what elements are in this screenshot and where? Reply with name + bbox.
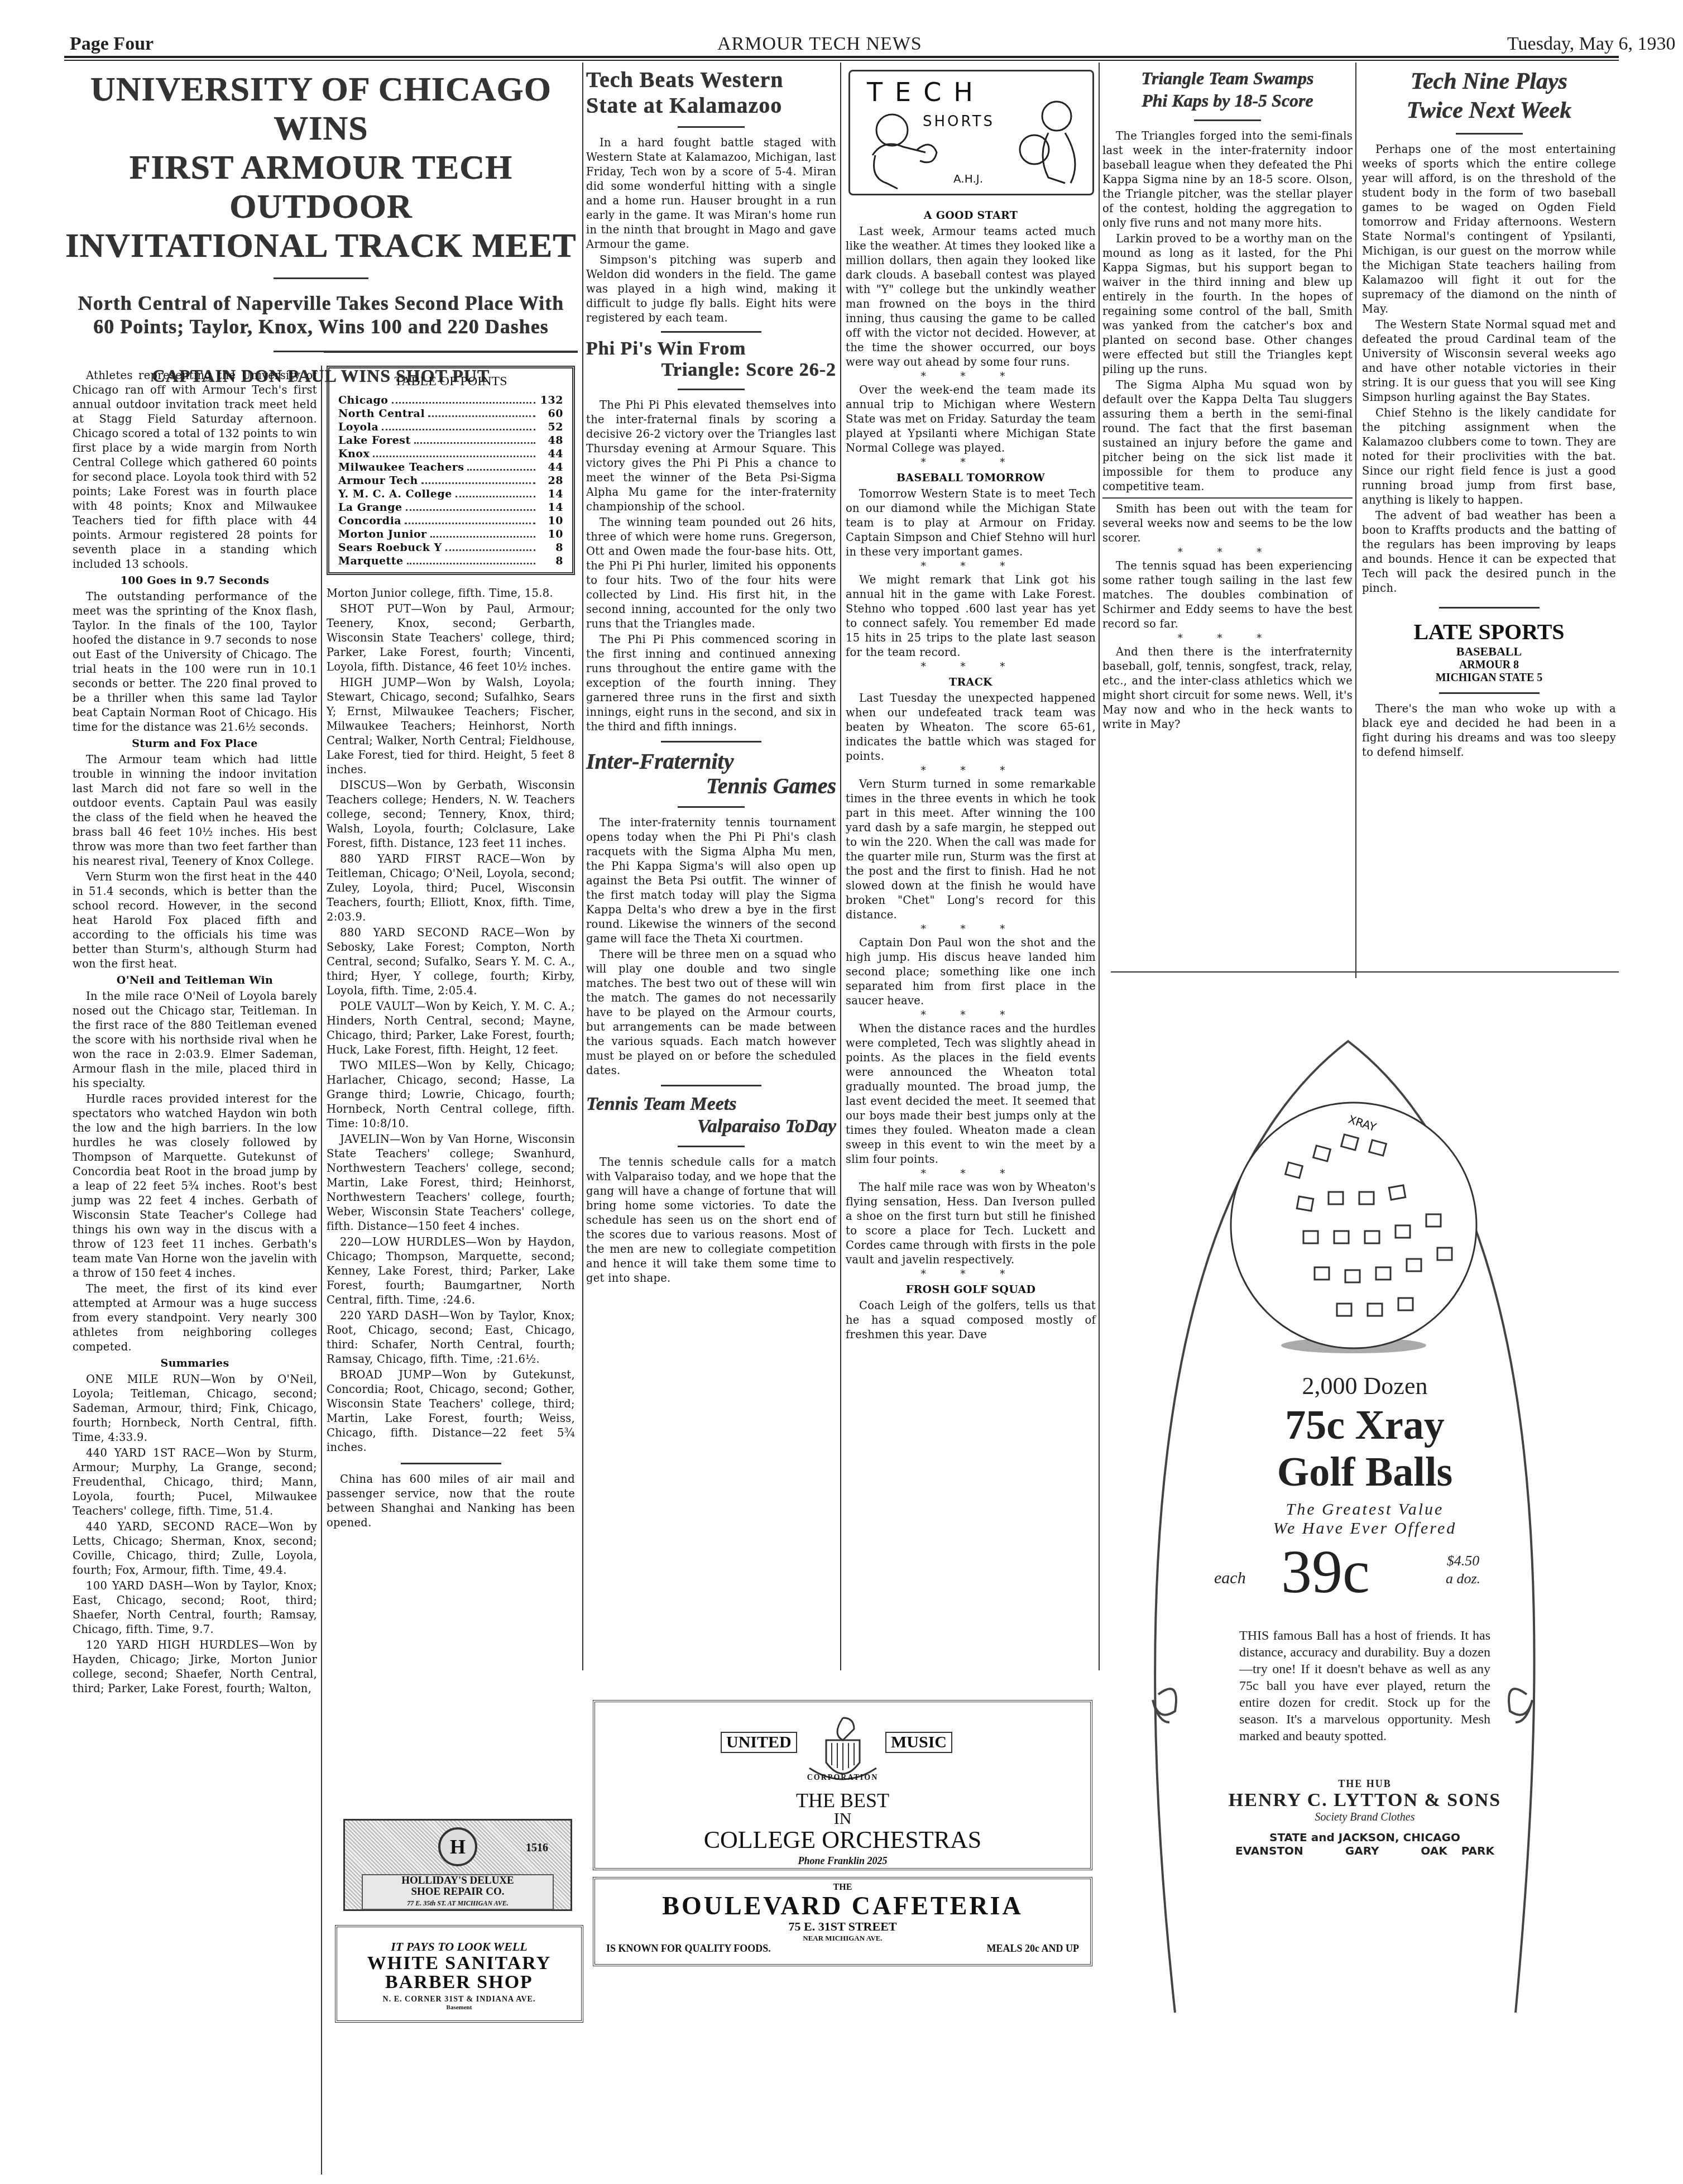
points-row: Milwaukee Teachers44 — [338, 461, 563, 474]
ad-product: Golf Balls — [1114, 1449, 1616, 1496]
ad-slogan: IS KNOWN FOR QUALITY FOODS. — [606, 1943, 771, 1955]
paragraph: Larkin proved to be a worthy man on the … — [1102, 232, 1353, 377]
summary: HIGH JUMP—Won by Walsh, Loyola; Stewart,… — [327, 676, 575, 777]
separator: * * * — [1102, 633, 1353, 645]
ad-line: HOLLIDAY'S DELUXE — [363, 1875, 553, 1886]
column-divider — [321, 366, 322, 2175]
summary: 120 YARD HIGH HURDLES—Won by Hayden, Chi… — [73, 1638, 317, 1696]
ad-dozen-unit: a doz. — [1446, 1570, 1480, 1588]
separator: * * * — [846, 371, 1096, 383]
boulevard-cafeteria-ad: THE BOULEVARD CAFETERIA 75 E. 31ST STREE… — [593, 1877, 1092, 1966]
paragraph: Vern Sturm turned in some remarkable tim… — [846, 777, 1096, 922]
ad-quantity: 2,000 Dozen — [1114, 1371, 1616, 1402]
ad-title: IN — [595, 1811, 1090, 1827]
paragraph: In the mile race O'Neil of Loyola barely… — [73, 989, 317, 1091]
team-name: Lake Forest — [338, 434, 411, 447]
separator: * * * — [846, 1168, 1096, 1180]
store-address: STATE and JACKSON, CHICAGO — [1114, 1831, 1616, 1844]
ad-dozen-amount: $4.50 — [1446, 1552, 1480, 1570]
subhead: TRACK — [846, 675, 1096, 689]
headline-line: Tennis Games — [586, 774, 836, 798]
leader-dots — [392, 394, 536, 404]
headline-line: Phi Pi's Win From — [586, 338, 836, 360]
united-music-ad: UNITED MUSIC CORPORATION THE BEST IN COL… — [593, 1700, 1092, 1870]
ad-line: SHOE REPAIR CO. — [363, 1886, 553, 1898]
ad-title: BOULEVARD CAFETERIA — [595, 1893, 1090, 1919]
points-row: Chicago132 — [338, 394, 563, 407]
lead-story-column: Athletes representing the University of … — [73, 368, 317, 1697]
team-points: 44 — [539, 461, 563, 474]
team-name: Armour Tech — [338, 474, 418, 487]
ad-title: THE BEST — [595, 1790, 1090, 1811]
summary: JAVELIN—Won by Van Horne, Wisconsin Stat… — [327, 1132, 575, 1234]
team-name: Loyola — [338, 420, 378, 434]
headline-line: Tennis Team Meets — [586, 1093, 836, 1115]
paragraph: Tomorrow Western State is to meet Tech o… — [846, 487, 1096, 559]
paragraph: Last week, Armour teams acted much like … — [846, 224, 1096, 370]
paragraph: The Phi Pi Phis elevated themselves into… — [586, 398, 836, 514]
late-sports-score: MICHIGAN STATE 5 — [1362, 672, 1616, 684]
points-row: Morton Junior10 — [338, 528, 563, 541]
subhead: A GOOD START — [846, 208, 1096, 223]
team-points: 8 — [539, 541, 563, 554]
team-name: Concordia — [338, 514, 401, 528]
paragraph: There's the man who woke up with a black… — [1362, 702, 1616, 760]
team-name: Sears Roebuck Y — [338, 541, 442, 554]
summary: ONE MILE RUN—Won by O'Neil, Loyola; Teit… — [73, 1372, 317, 1445]
store-branches: EVANSTON GARY OAK PARK — [1114, 1844, 1616, 1857]
paragraph: Last Tuesday the unexpected happened whe… — [846, 691, 1096, 764]
late-sports-box: LATE SPORTS BASEBALL ARMOUR 8 MICHIGAN S… — [1362, 620, 1616, 684]
points-row: Marquette8 — [338, 554, 563, 568]
ad-product: 75c Xray — [1114, 1402, 1616, 1449]
triangle-story: Triangle Team Swamps Phi Kaps by 18-5 Sc… — [1102, 67, 1353, 733]
headline-line: Phi Kaps by 18-5 Score — [1102, 89, 1353, 112]
ad-price-note: MEALS 20c AND UP — [987, 1943, 1080, 1955]
summary: POLE VAULT—Won by Keich, Y. M. C. A.; Hi… — [327, 999, 575, 1057]
ad-tagline: The Greatest Value — [1114, 1500, 1616, 1519]
team-name: Chicago — [338, 394, 389, 407]
ad-body: THIS famous Ball has a host of friends. … — [1239, 1627, 1490, 1745]
paragraph: The advent of bad weather has been a boo… — [1362, 509, 1616, 596]
ad-near: NEAR MICHIGAN AVE. — [595, 1934, 1090, 1943]
tech-nine-story: Tech Nine Plays Twice Next Week Perhaps … — [1362, 67, 1616, 761]
table-of-points: TABLE OF POINTS Chicago132North Central6… — [327, 366, 575, 575]
leader-dots — [407, 554, 535, 564]
headline-line: FIRST ARMOUR TECH OUTDOOR — [64, 148, 578, 226]
points-row: Loyola52 — [338, 420, 563, 434]
section-rule — [1111, 971, 1619, 973]
separator: * * * — [846, 923, 1096, 936]
late-sports-sport: BASEBALL — [1362, 644, 1616, 659]
column-divider — [582, 63, 583, 1670]
points-row: La Grange14 — [338, 501, 563, 514]
team-name: Morton Junior — [338, 528, 427, 541]
points-row: North Central60 — [338, 407, 563, 420]
summaries-column: Morton Junior college, fifth. Time, 15.8… — [327, 586, 575, 1531]
paragraph: The tennis squad has been experiencing s… — [1102, 559, 1353, 631]
leader-dots — [382, 420, 535, 430]
paragraph: The Triangles forged into the semi-final… — [1102, 129, 1353, 231]
summary: SHOT PUT—Won by Paul, Armour; Teenery, K… — [327, 602, 575, 674]
summary: 440 YARD 1ST RACE—Won by Sturm, Armour; … — [73, 1446, 317, 1519]
story-headline: Tennis Team Meets Valparaiso ToDay — [586, 1093, 836, 1138]
paragraph: Hurdle races provided interest for the s… — [73, 1092, 317, 1281]
paragraph: Athletes representing the University of … — [73, 368, 317, 572]
team-points: 14 — [539, 487, 563, 501]
store-subtitle: Society Brand Clothes — [1114, 1811, 1616, 1824]
separator: * * * — [846, 561, 1096, 573]
table-title: TABLE OF POINTS — [338, 374, 563, 389]
team-points: 14 — [539, 501, 563, 514]
paragraph: The Phi Pi Phis commenced scoring in the… — [586, 633, 836, 734]
summary: 880 YARD SECOND RACE—Won by Sebosky, Lak… — [327, 926, 575, 998]
summary: BROAD JUMP—Won by Gutekunst, Concordia; … — [327, 1368, 575, 1455]
team-points: 10 — [539, 514, 563, 528]
story-headline: Tech Beats Western State at Kalamazoo — [586, 67, 836, 118]
story-headline: Tech Nine Plays Twice Next Week — [1362, 67, 1616, 125]
paragraph: The Armour team which had little trouble… — [73, 753, 317, 869]
team-name: North Central — [338, 407, 425, 420]
logo-h-icon: H — [438, 1827, 477, 1866]
paragraph: Captain Don Paul won the shot and the hi… — [846, 936, 1096, 1008]
ad-address: N. E. CORNER 31ST & INDIANA AVE. — [337, 1995, 581, 2004]
logo-text: MUSIC — [885, 1732, 952, 1753]
holliday-shoe-repair-ad: H 1516 HOLLIDAY'S DELUXE SHOE REPAIR CO.… — [343, 1819, 572, 1911]
leader-dots — [373, 447, 535, 457]
paragraph: The winning team pounded out 26 hits, th… — [586, 515, 836, 631]
paragraph: Chief Stehno is the likely candidate for… — [1362, 406, 1616, 507]
leader-dots — [467, 461, 535, 471]
summary: 220—LOW HURDLES—Won by Haydon, Chicago; … — [327, 1235, 575, 1307]
team-points: 132 — [539, 394, 563, 407]
filler-item: China has 600 miles of air mail and pass… — [327, 1472, 575, 1530]
summary: 440 YARD, SECOND RACE—Won by Letts, Chic… — [73, 1520, 317, 1578]
ad-phone: Phone Franklin 2025 — [595, 1855, 1090, 1867]
headline-line: Twice Next Week — [1362, 96, 1616, 125]
team-points: 60 — [539, 407, 563, 420]
leader-dots — [455, 487, 535, 497]
paragraph: In a hard fought battle staged with West… — [586, 136, 836, 252]
story-headline: Inter-Fraternity Tennis Games — [586, 749, 836, 798]
points-row: Sears Roebuck Y8 — [338, 541, 563, 554]
team-name: Y. M. C. A. College — [338, 487, 452, 501]
column-divider — [1355, 63, 1356, 978]
points-row: Concordia10 — [338, 514, 563, 528]
logo-text: UNITED — [721, 1732, 797, 1753]
paragraph: When the distance races and the hurdles … — [846, 1022, 1096, 1167]
separator: * * * — [846, 661, 1096, 673]
paragraph: The Sigma Alpha Mu squad won by default … — [1102, 378, 1353, 494]
subhead: Sturm and Fox Place — [73, 736, 317, 751]
paragraph: The inter-fraternity tennis tournament o… — [586, 816, 836, 946]
summary: DISCUS—Won by Gerbath, Wisconsin Teacher… — [327, 778, 575, 851]
late-sports-title: LATE SPORTS — [1362, 620, 1616, 644]
paragraph: Vern Sturm won the first heat in the 440… — [73, 870, 317, 971]
points-row: Y. M. C. A. College14 — [338, 487, 563, 501]
subhead: Summaries — [73, 1356, 317, 1371]
paragraph: Smith has been out with the team for sev… — [1102, 502, 1353, 545]
team-points: 10 — [539, 528, 563, 541]
leader-dots — [430, 528, 535, 538]
paragraph: Over the week-end the team made its annu… — [846, 383, 1096, 456]
paragraph: Coach Leigh of the golfers, tells us tha… — [846, 1299, 1096, 1342]
tech-shorts-cartoon: TECH SHORTS A.H.J. — [848, 70, 1094, 195]
paragraph: The Western State Normal squad met and d… — [1362, 318, 1616, 405]
summary: TWO MILES—Won by Kelly, Chicago; Harlach… — [327, 1059, 575, 1131]
subhead: 100 Goes in 9.7 Seconds — [73, 573, 317, 588]
separator: * * * — [846, 1268, 1096, 1281]
issue-date: Tuesday, May 6, 1930 — [1507, 33, 1676, 55]
store-prefix: THE HUB — [1114, 1778, 1616, 1790]
ad-each: each — [1214, 1569, 1246, 1588]
points-row: Knox44 — [338, 447, 563, 461]
western-state-story: Tech Beats Western State at Kalamazoo In… — [586, 67, 836, 1287]
paragraph: We might remark that Link got his annual… — [846, 573, 1096, 660]
separator: * * * — [846, 457, 1096, 469]
masthead-rule — [64, 56, 1619, 61]
ad-line: 77 E. 35th ST. AT MICHIGAN AVE. — [363, 1898, 553, 1909]
paragraph: There will be three men on a squad who w… — [586, 947, 836, 1078]
paragraph: The outstanding performance of the meet … — [73, 590, 317, 735]
tech-shorts-column: A GOOD START Last week, Armour teams act… — [846, 207, 1096, 1343]
points-row: Lake Forest48 — [338, 434, 563, 447]
team-points: 28 — [539, 474, 563, 487]
headline-line: UNIVERSITY OF CHICAGO WINS — [64, 70, 578, 148]
late-sports-score: ARMOUR 8 — [1362, 659, 1616, 672]
ad-phone: 1516 — [526, 1842, 548, 1855]
ad-title: BARBER SHOP — [337, 1973, 581, 1992]
ad-title: COLLEGE ORCHESTRAS — [595, 1827, 1090, 1853]
team-name: Milwaukee Teachers — [338, 461, 464, 474]
summary: Morton Junior college, fifth. Time, 15.8… — [327, 586, 575, 601]
golf-ball-ad: XRAY 2,000 Dozen 75c Xray Golf Balls The… — [1114, 980, 1616, 2024]
newspaper-name: ARMOUR TECH NEWS — [717, 33, 922, 55]
headline-line: INVITATIONAL TRACK MEET — [64, 226, 578, 265]
summary: 880 YARD FIRST RACE—Won by Teitleman, Ch… — [327, 852, 575, 925]
points-row: Armour Tech28 — [338, 474, 563, 487]
summary: 220 YARD DASH—Won by Taylor, Knox; Root,… — [327, 1309, 575, 1367]
separator: * * * — [846, 765, 1096, 777]
subhead: FROSH GOLF SQUAD — [846, 1282, 1096, 1297]
story-headline: Triangle Team Swamps Phi Kaps by 18-5 Sc… — [1102, 67, 1353, 112]
summary: 100 YARD DASH—Won by Taylor, Knox; East,… — [73, 1579, 317, 1637]
column-divider — [840, 63, 841, 1670]
leader-dots — [428, 407, 535, 417]
headline-line: Triangle: Score 26-2 — [586, 360, 836, 381]
ad-dozen-price: $4.50 a doz. — [1446, 1552, 1480, 1588]
paragraph: Simpson's pitching was superb and Weldon… — [586, 253, 836, 325]
ad-note: Basement — [337, 2004, 581, 2011]
subhead: BASEBALL TOMORROW — [846, 471, 1096, 485]
team-points: 44 — [539, 447, 563, 461]
lead-deck: North Central of Naperville Takes Second… — [64, 291, 578, 338]
headline-line: Triangle Team Swamps — [1102, 67, 1353, 89]
separator: * * * — [1102, 547, 1353, 559]
leader-dots — [414, 434, 535, 444]
leader-dots — [421, 474, 535, 484]
team-name: Knox — [338, 447, 370, 461]
ad-tagline: We Have Ever Offered — [1114, 1519, 1616, 1538]
cartoon-figures-icon — [850, 71, 1096, 197]
paragraph: The meet, the first of its kind ever att… — [73, 1282, 317, 1354]
team-points: 8 — [539, 554, 563, 568]
team-points: 52 — [539, 420, 563, 434]
column-divider — [1099, 63, 1100, 1670]
headline-line: Tech Nine Plays — [1362, 67, 1616, 96]
subhead: O'Neil and Teitleman Win — [73, 973, 317, 988]
store-name: HENRY C. LYTTON & SONS — [1114, 1790, 1616, 1811]
headline-line: Inter-Fraternity — [586, 749, 836, 774]
paragraph: The half mile race was won by Wheaton's … — [846, 1180, 1096, 1267]
team-name: Marquette — [338, 554, 404, 568]
team-name: La Grange — [338, 501, 402, 514]
ad-title: WHITE SANITARY — [337, 1954, 581, 1973]
headline-line: Valparaiso ToDay — [586, 1115, 836, 1138]
table-top-rule — [324, 351, 578, 353]
paragraph: And then there is the interfraternity ba… — [1102, 645, 1353, 732]
leader-dots — [406, 501, 535, 511]
barber-shop-ad: IT PAYS TO LOOK WELL WHITE SANITARY BARB… — [335, 1925, 583, 2023]
logo-banner: CORPORATION — [807, 1774, 879, 1783]
leader-dots — [405, 514, 535, 524]
lead-headline: UNIVERSITY OF CHICAGO WINS FIRST ARMOUR … — [64, 70, 578, 387]
paragraph: Perhaps one of the most entertaining wee… — [1362, 142, 1616, 317]
page-number: Page Four — [70, 33, 154, 55]
ad-address: 75 E. 31ST STREET — [595, 1919, 1090, 1934]
team-points: 48 — [539, 434, 563, 447]
story-headline: Phi Pi's Win From Triangle: Score 26-2 — [586, 338, 836, 381]
separator: * * * — [846, 1009, 1096, 1022]
paragraph: The tennis schedule calls for a match wi… — [586, 1155, 836, 1286]
leader-dots — [445, 541, 535, 551]
ad-price: 39c — [1281, 1541, 1370, 1602]
ad-tagline: IT PAYS TO LOOK WELL — [337, 1939, 581, 1954]
